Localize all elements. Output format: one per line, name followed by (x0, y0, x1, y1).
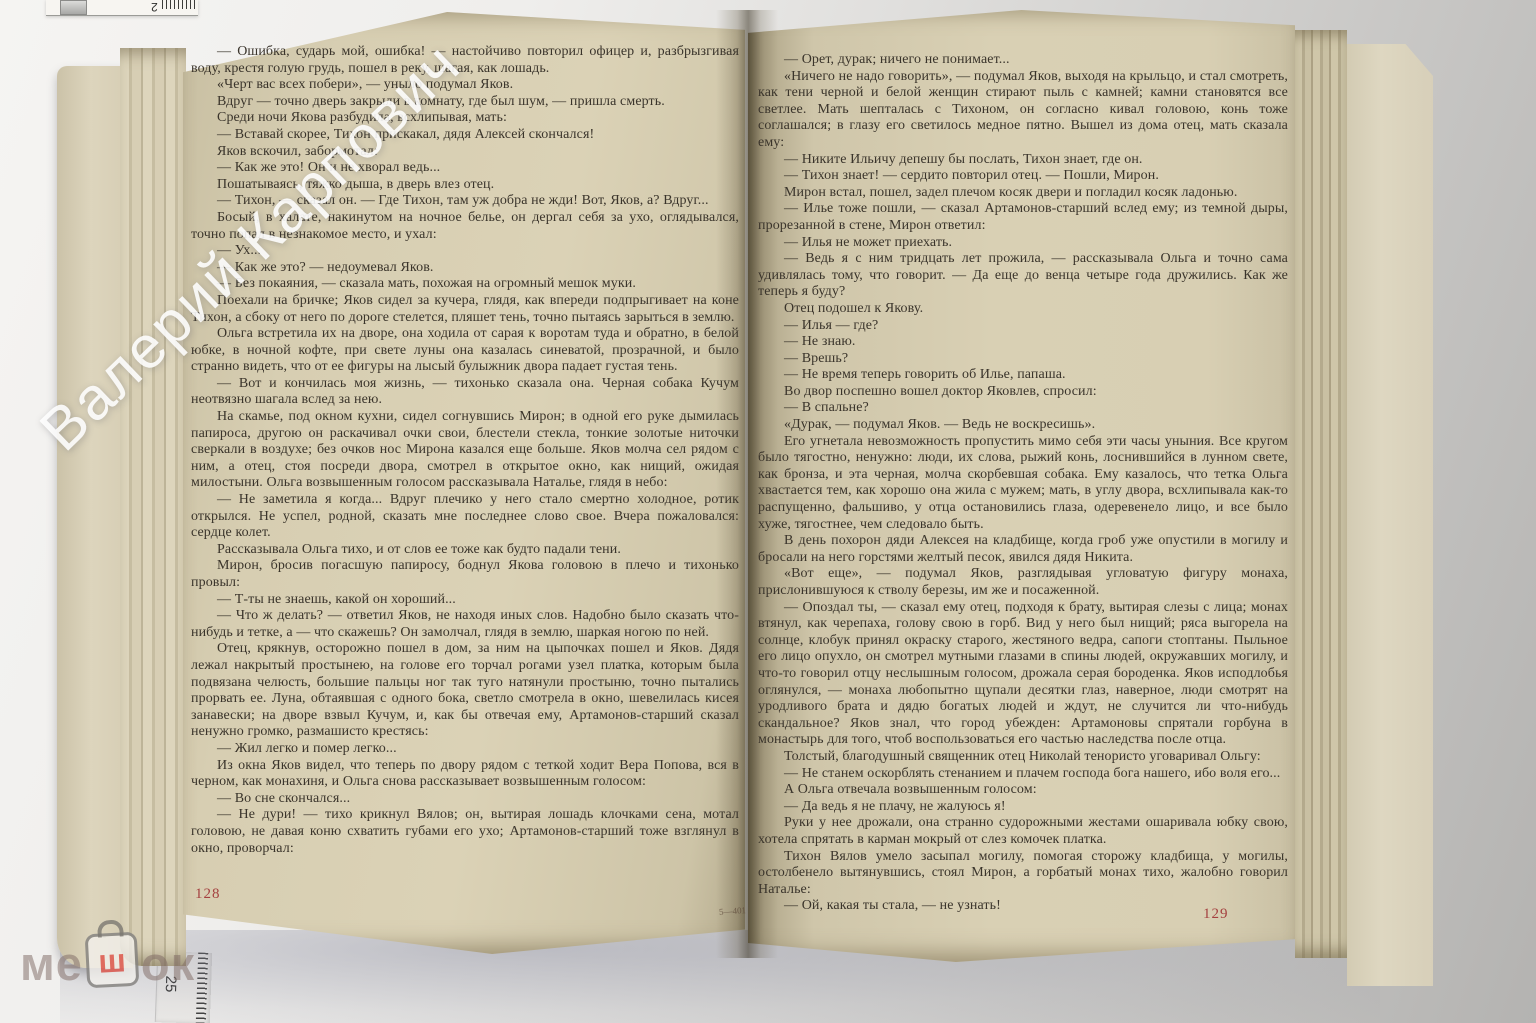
paragraph: — Илье тоже пошли, — сказал Артамонов-ст… (758, 201, 1288, 234)
ruler-top-fragment: 2 (46, 0, 198, 16)
ruler-bottom-number: 25 (162, 975, 180, 992)
paragraph: — Тихон, — сказал он. — Где Тихон, там у… (191, 193, 739, 210)
paragraph: — Ведь я с ним тридцать лет прожила, — р… (758, 251, 1288, 301)
paragraph: — Орет, дурак; ничего не понимает... (758, 52, 1288, 69)
paragraph: — Ух... (191, 243, 739, 260)
paragraph: Отец, крякнув, осторожно пошел в дом, за… (191, 641, 739, 741)
dust-jacket-flap (1347, 44, 1433, 986)
paragraph: Отец подошел к Якову. (758, 301, 1288, 318)
paragraph: «Вот еще», — подумал Яков, разглядывая у… (758, 566, 1288, 599)
paragraph: — Никите Ильичу депешу бы послать, Тихон… (758, 152, 1288, 169)
paragraph: — Илья — где? (758, 318, 1288, 335)
page-number-right: 129 (1203, 906, 1229, 923)
paragraph: Рассказывала Ольга тихо, и от слов ее то… (191, 542, 739, 559)
paragraph: Мирон встал, пошел, задел плечом косяк д… (758, 185, 1288, 202)
paragraph: — Не дури! — тихо крикнул Вялов; он, выт… (191, 807, 739, 857)
paragraph: Его угнетала невозможность пропустить ми… (758, 434, 1288, 534)
ruler-tick-marks (196, 952, 208, 1023)
right-page-edge-stack (1295, 30, 1347, 958)
paragraph: — Без покаяния, — сказала мать, похожая … (191, 276, 739, 293)
paragraph: — Что ж делать? — ответил Яков, не наход… (191, 608, 739, 641)
paragraph: Ольга встретила их на дворе, она ходила … (191, 326, 739, 376)
paragraph: Из окна Яков видел, что теперь по двору … (191, 758, 739, 791)
paragraph: А Ольга отвечала возвышенным голосом: (758, 782, 1288, 799)
left-page-edge-stack (120, 48, 186, 966)
paragraph: — Да ведь я не плачу, не жалуюсь я! (758, 799, 1288, 816)
paragraph: — Не заметила я когда... Вдруг плечико у… (191, 492, 739, 542)
paragraph: На скамье, под окном кухни, сидел согнув… (191, 409, 739, 492)
paragraph: «Дурак, — подумал Яков. — Ведь не воскре… (758, 417, 1288, 434)
paragraph: В день похорон дяди Алексея на кладбище,… (758, 533, 1288, 566)
paragraph: — Во сне скончался... (191, 791, 739, 808)
printer-signature-mark: 5—401 (719, 905, 747, 917)
paragraph: — Вставай скорее, Тихон прискакал, дядя … (191, 127, 739, 144)
paragraph: — Тихон знает! — сердито повторил отец. … (758, 168, 1288, 185)
paragraph: — Вот и кончилась моя жизнь, — тихонько … (191, 376, 739, 409)
paragraph: «Ничего не надо говорить», — подумал Яко… (758, 69, 1288, 152)
paragraph: — Не время теперь говорить об Илье, папа… (758, 367, 1288, 384)
paragraph: — Врешь? (758, 351, 1288, 368)
paragraph: — Как же это? — недоумевал Яков. (191, 260, 739, 277)
ruler-tick-marks (162, 0, 196, 9)
paragraph: Во двор поспешно вошел доктор Яковлев, с… (758, 384, 1288, 401)
paragraph: Поехали на бричке; Яков сидел за кучера,… (191, 293, 739, 326)
right-page-text: — Орет, дурак; ничего не понимает...«Нич… (758, 52, 1288, 914)
paragraph: — Не станем оскорблять стенанием и плаче… (758, 766, 1288, 783)
ruler-top-number: 2 (151, 0, 158, 14)
book-photo-scene: 2 25 — Ошибка, сударь мой, ошибка! — нас… (0, 0, 1536, 1023)
paragraph: — Ошибка, сударь мой, ошибка! — настойчи… (191, 44, 739, 77)
paragraph: — Не знаю. (758, 334, 1288, 351)
paragraph: «Черт вас всех побери», — уныло подумал … (191, 77, 739, 94)
left-page-text: — Ошибка, сударь мой, ошибка! — настойчи… (191, 44, 739, 912)
paragraph: Руки у нее дрожали, она странно судорожн… (758, 815, 1288, 848)
paragraph: — Как же это! Он и не хворал ведь... (191, 160, 739, 177)
paragraph: — Опоздал ты, — сказал ему отец, подходя… (758, 600, 1288, 749)
paragraph: Пошатываясь, тяжко дыша, в дверь влез от… (191, 177, 739, 194)
paragraph: Среди ночи Якова разбудила, всхлипывая, … (191, 110, 739, 127)
paragraph: — Илья не может приехать. (758, 235, 1288, 252)
paragraph: — Жил легко и помер легко... (191, 741, 739, 758)
ruler-clip (60, 0, 87, 15)
paragraph: Мирон, бросив погасшую папиросу, боднул … (191, 558, 739, 591)
paragraph: Яков вскочил, забормотал: (191, 144, 739, 161)
paragraph: Вдруг — точно дверь закрыли в комнату, г… (191, 94, 739, 111)
paragraph: — В спальне? (758, 400, 1288, 417)
paragraph: Толстый, благодушный священник отец Нико… (758, 749, 1288, 766)
page-number-left: 128 (195, 886, 221, 903)
paragraph: Тихон Вялов умело засыпал могилу, помога… (758, 849, 1288, 899)
paragraph: Босый, в халате, накинутом на ночное бел… (191, 210, 739, 243)
paragraph: — Т-ты не знаешь, какой он хороший... (191, 592, 739, 609)
